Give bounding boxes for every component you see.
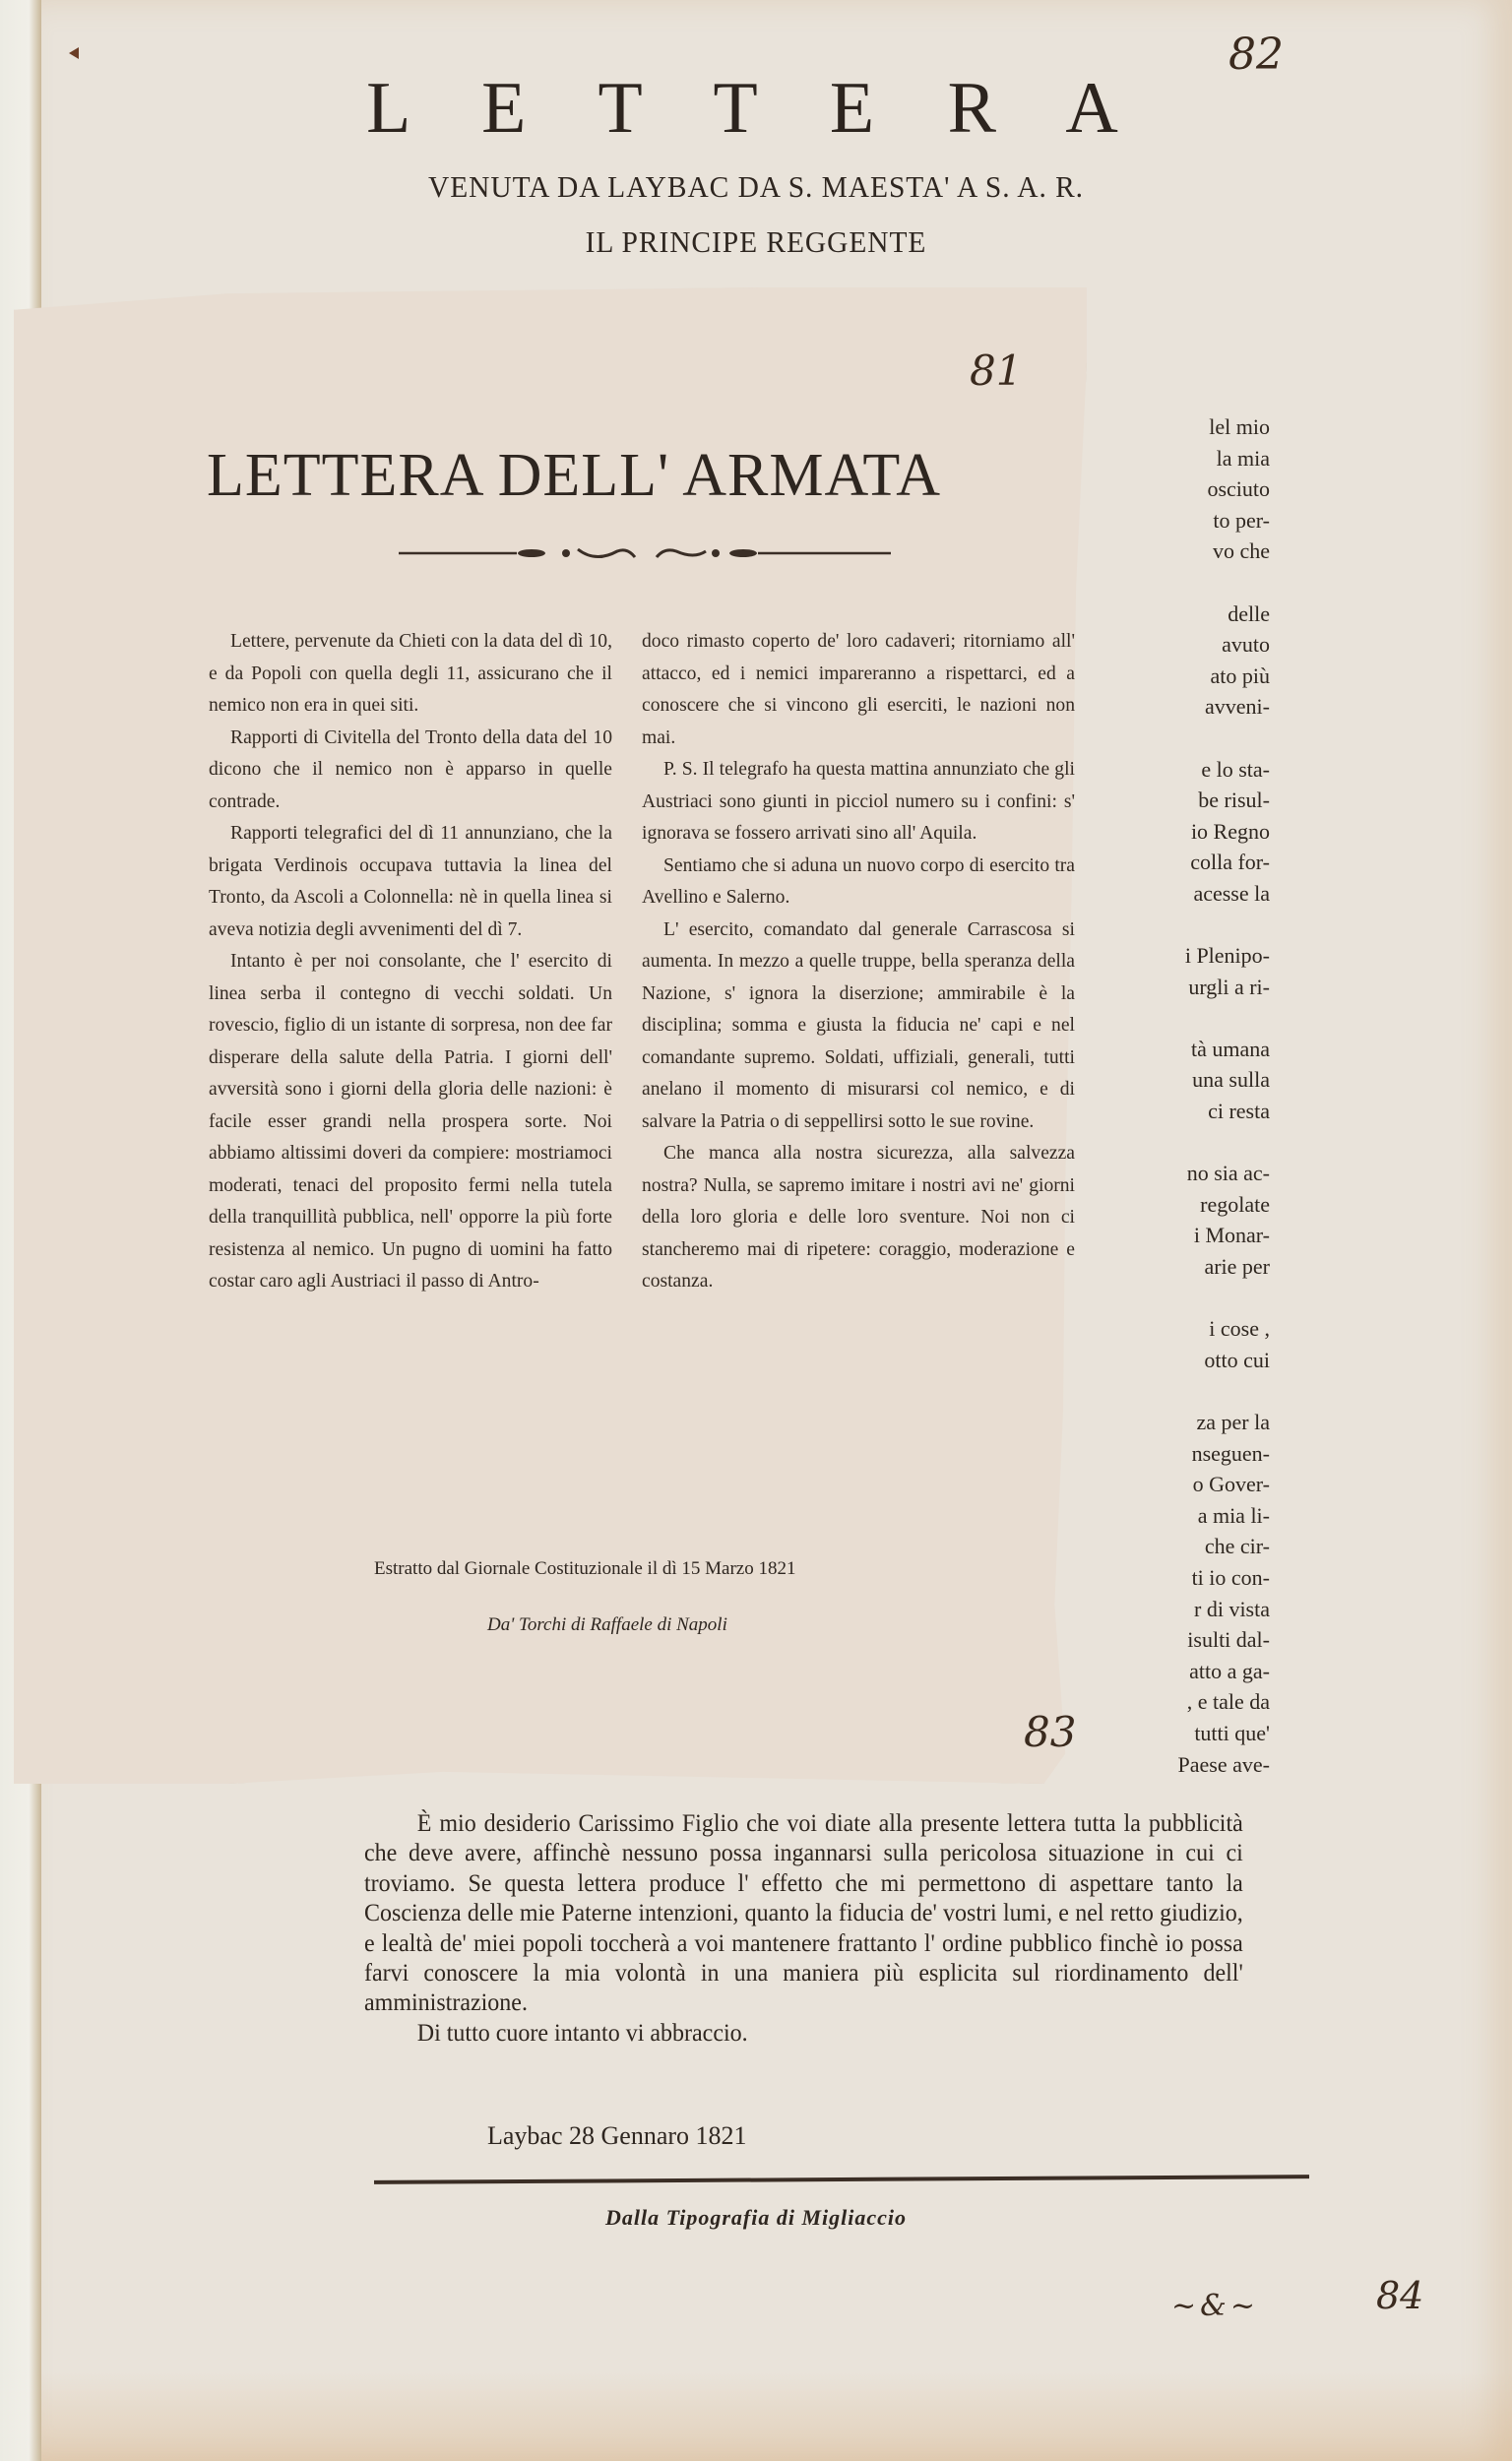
fragment-line: r di vista [1132, 1594, 1270, 1625]
fragment-line: delle [1132, 599, 1270, 630]
signature-place-date: Laybac 28 Gennaro 1821 [487, 2121, 747, 2151]
letter-subtitle-line-1: VENUTA DA LAYBAC DA S. MAESTA' A S. A. R… [37, 169, 1474, 205]
extract-source-line: Estratto dal Giornale Costituzionale il … [374, 1558, 795, 1580]
letter-paragraph: È mio desiderio Carissimo Figlio che voi… [364, 1809, 1243, 2019]
fragment-line: i Monar- [1132, 1220, 1270, 1251]
letter-closing-text: È mio desiderio Carissimo Figlio che voi… [364, 1809, 1243, 2049]
fragment-line [1132, 723, 1270, 754]
fragment-line: avveni- [1132, 691, 1270, 723]
article-paragraph: Rapporti telegrafici del dì 11 annunzian… [209, 818, 612, 946]
letter-subtitle-line-2: IL PRINCIPE REGGENTE [37, 224, 1474, 260]
article-left-column: Lettere, pervenute da Chieti con la data… [209, 626, 612, 1298]
fragment-line: otto cui [1132, 1345, 1270, 1376]
article-paragraph: Lettere, pervenute da Chieti con la data… [209, 626, 612, 723]
fragment-line: osciuto [1132, 473, 1270, 505]
tear-mark-icon [69, 47, 79, 59]
fragment-line: tutti que' [1132, 1718, 1270, 1749]
ornament-divider-icon [399, 543, 891, 563]
fragment-line: avuto [1132, 629, 1270, 661]
fragment-line: la mia [1132, 443, 1270, 474]
fragment-line: no sia ac- [1132, 1158, 1270, 1189]
fragment-line: a mia li- [1132, 1500, 1270, 1532]
fragment-line [1132, 1283, 1270, 1314]
fragment-line: atto a ga- [1132, 1656, 1270, 1687]
article-paragraph: Che manca alla nostra sicurezza, alla sa… [642, 1138, 1075, 1298]
handwritten-page-number-82: 82 [1228, 30, 1284, 80]
fragment-line: nseguen- [1132, 1438, 1270, 1470]
handwritten-page-number-84: 84 [1376, 2274, 1423, 2317]
fragment-line: ato più [1132, 661, 1270, 692]
letter-closing: Di tutto cuore intanto vi abbraccio. [364, 2019, 1243, 2049]
printer-imprint: Dalla Tipografia di Migliaccio [0, 2205, 1512, 2231]
article-paragraph: Sentiamo che si aduna un nuovo corpo di … [642, 851, 1075, 915]
fragment-line: Paese ave- [1132, 1749, 1270, 1781]
fragment-line: e lo sta- [1132, 754, 1270, 786]
fragment-line: colla for- [1132, 847, 1270, 878]
article-paragraph: L' esercito, comandato dal generale Carr… [642, 915, 1075, 1139]
article-paragraph: Intanto è per noi consolante, che l' ese… [209, 946, 612, 1298]
fragment-line: tà umana [1132, 1034, 1270, 1065]
fragment-line [1132, 1002, 1270, 1034]
fragment-line: , e tale da [1132, 1686, 1270, 1718]
press-imprint-line: Da' Torchi di Raffaele di Napoli [487, 1614, 727, 1636]
fragment-line: ci resta [1132, 1096, 1270, 1127]
fragment-line: regolate [1132, 1189, 1270, 1221]
handwritten-page-number-83: 83 [1024, 1708, 1076, 1756]
fragment-line: i Plenipo- [1132, 940, 1270, 972]
fragment-line: che cir- [1132, 1531, 1270, 1562]
fragment-line: to per- [1132, 505, 1270, 536]
fragment-line [1132, 1127, 1270, 1159]
fragment-line: o Gover- [1132, 1469, 1270, 1500]
article-paragraph: P. S. Il telegrafo ha questa mattina ann… [642, 754, 1075, 851]
fragment-line: io Regno [1132, 816, 1270, 848]
fragment-line [1132, 910, 1270, 941]
fragment-line: lel mio [1132, 411, 1270, 443]
article-right-column: doco rimasto coperto de' loro cadaveri; … [642, 626, 1075, 1298]
right-fragment-column: lel mio la mia osciuto to per- vo che de… [1132, 411, 1270, 1780]
fragment-line: i cose , [1132, 1313, 1270, 1345]
fragment-line: acesse la [1132, 878, 1270, 910]
fragment-line: ti io con- [1132, 1562, 1270, 1594]
handwritten-page-number-81: 81 [970, 347, 1022, 395]
fragment-line [1132, 1375, 1270, 1407]
armata-title: LETTERA DELL' ARMATA [207, 441, 941, 511]
article-paragraph: Rapporti di Civitella del Tronto della d… [209, 723, 612, 819]
fragment-line: za per la [1132, 1407, 1270, 1438]
fragment-line [1132, 567, 1270, 599]
fragment-line: isulti dal- [1132, 1624, 1270, 1656]
fragment-line: be risul- [1132, 785, 1270, 816]
fragment-line: una sulla [1132, 1064, 1270, 1096]
fragment-line: arie per [1132, 1251, 1270, 1283]
letter-title: L E T T E R A [0, 67, 1512, 151]
article-paragraph: doco rimasto coperto de' loro cadaveri; … [642, 626, 1075, 754]
fragment-line: urgli a ri- [1132, 972, 1270, 1003]
ink-stamp-mark: ~&~ [1171, 2289, 1259, 2323]
fragment-line: vo che [1132, 536, 1270, 567]
